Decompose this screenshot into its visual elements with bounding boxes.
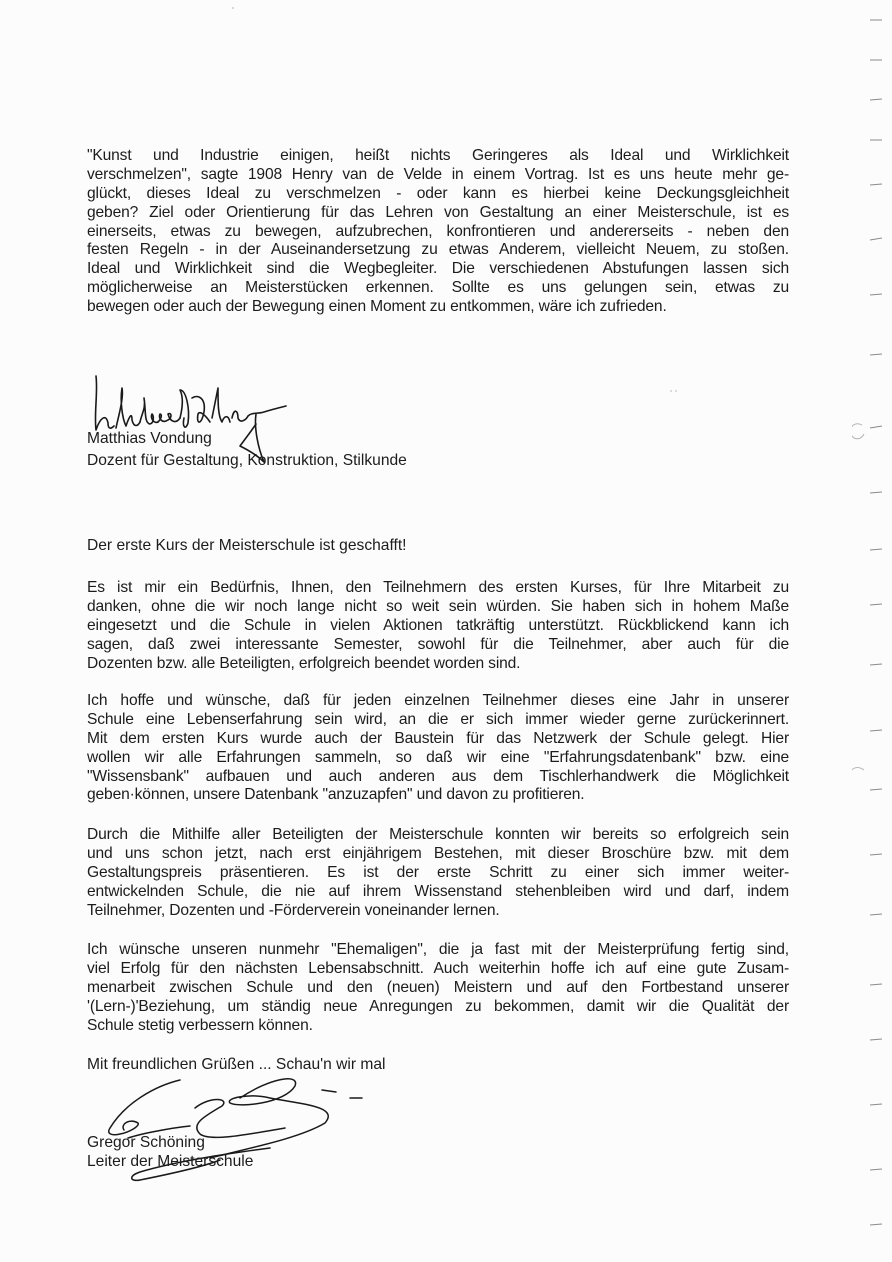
scan-speck bbox=[232, 7, 234, 9]
text-line: einerseits, etwas zu bewegen, aufzubrech… bbox=[87, 223, 789, 242]
scan-speck bbox=[675, 390, 677, 392]
intro-paragraph: "Kunst und Industrie einigen, heißt nich… bbox=[87, 147, 789, 317]
text-line: Gestaltungspreis präsentieren. Es ist de… bbox=[87, 864, 789, 883]
letter-paragraph-2: Ich hoffe und wünsche, daß für jeden ein… bbox=[87, 692, 789, 805]
scanned-page: "Kunst und Industrie einigen, heißt nich… bbox=[0, 0, 892, 1262]
text-line: wollen wir alle Erfahrungen sammeln, so … bbox=[87, 749, 789, 768]
scan-speck bbox=[670, 390, 672, 392]
text-line: Schule stetig verbessern können. bbox=[87, 1017, 789, 1036]
letter-closing: Mit freundlichen Grüßen ... Schau'n wir … bbox=[87, 1056, 386, 1075]
text-line: Ideal und Wirklichkeit sind die Wegbegle… bbox=[87, 260, 789, 279]
signature-title-schoening: Leiter der Meisterschule bbox=[87, 1153, 253, 1172]
text-line: Mit dem ersten Kurs wurde auch der Baust… bbox=[87, 730, 789, 749]
text-line: festen Regeln - in der Auseinandersetzun… bbox=[87, 241, 789, 260]
signature-name-schoening: Gregor Schöning bbox=[87, 1134, 205, 1153]
text-line: und uns schon jetzt, nach erst einjährig… bbox=[87, 845, 789, 864]
scan-edge-marks-icon bbox=[852, 0, 892, 1262]
text-line: geben? Ziel oder Orientierung für das Le… bbox=[87, 204, 789, 223]
text-line: Ich wünsche unseren nunmehr "Ehemaligen"… bbox=[87, 941, 789, 960]
text-line: danken, ohne die wir noch lange nicht so… bbox=[87, 598, 789, 617]
signature-name-vondung: Matthias Vondung bbox=[87, 430, 212, 449]
text-line: Es ist mir ein Bedürfnis, Ihnen, den Tei… bbox=[87, 579, 789, 598]
letter-heading: Der erste Kurs der Meisterschule ist ges… bbox=[87, 537, 407, 556]
text-line: "Wissensbank" aufbauen und auch anderen … bbox=[87, 768, 789, 787]
letter-paragraph-4: Ich wünsche unseren nunmehr "Ehemaligen"… bbox=[87, 941, 789, 1035]
text-line: möglicherweise an Meisterstücken erkenne… bbox=[87, 279, 789, 298]
text-line: bewegen oder auch der Bewegung einen Mom… bbox=[87, 298, 789, 317]
text-line: "Kunst und Industrie einigen, heißt nich… bbox=[87, 147, 789, 166]
text-line: menarbeit zwischen Schule und den (neuen… bbox=[87, 979, 789, 998]
text-line: Teilnehmer, Dozenten und -Förderverein v… bbox=[87, 902, 789, 921]
text-line: glückt, dieses Ideal zu verschmelzen - o… bbox=[87, 185, 789, 204]
text-line: geben·können, unsere Datenbank "anzuzapf… bbox=[87, 786, 789, 805]
text-line: viel Erfolg für den nächsten Lebensabsch… bbox=[87, 960, 789, 979]
text-line: eingesetzt und die Schule in vielen Akti… bbox=[87, 617, 789, 636]
text-line: Dozenten bzw. alle Beteiligten, erfolgre… bbox=[87, 655, 789, 674]
letter-paragraph-3: Durch die Mithilfe aller Beteiligten der… bbox=[87, 826, 789, 920]
text-line: verschmelzen", sagte 1908 Henry van de V… bbox=[87, 166, 789, 185]
text-line: entwickelnden Schule, die nie auf ihrem … bbox=[87, 883, 789, 902]
text-line: Schule eine Lebenserfahrung sein wird, a… bbox=[87, 711, 789, 730]
text-line: '(Lern-)'Beziehung, um ständig neue Anre… bbox=[87, 998, 789, 1017]
text-line: Durch die Mithilfe aller Beteiligten der… bbox=[87, 826, 789, 845]
text-line: sagen, daß zwei interessante Semester, s… bbox=[87, 636, 789, 655]
letter-paragraph-1: Es ist mir ein Bedürfnis, Ihnen, den Tei… bbox=[87, 579, 789, 673]
text-line: Ich hoffe und wünsche, daß für jeden ein… bbox=[87, 692, 789, 711]
signature-title-vondung: Dozent für Gestaltung, Konstruktion, Sti… bbox=[87, 452, 407, 471]
